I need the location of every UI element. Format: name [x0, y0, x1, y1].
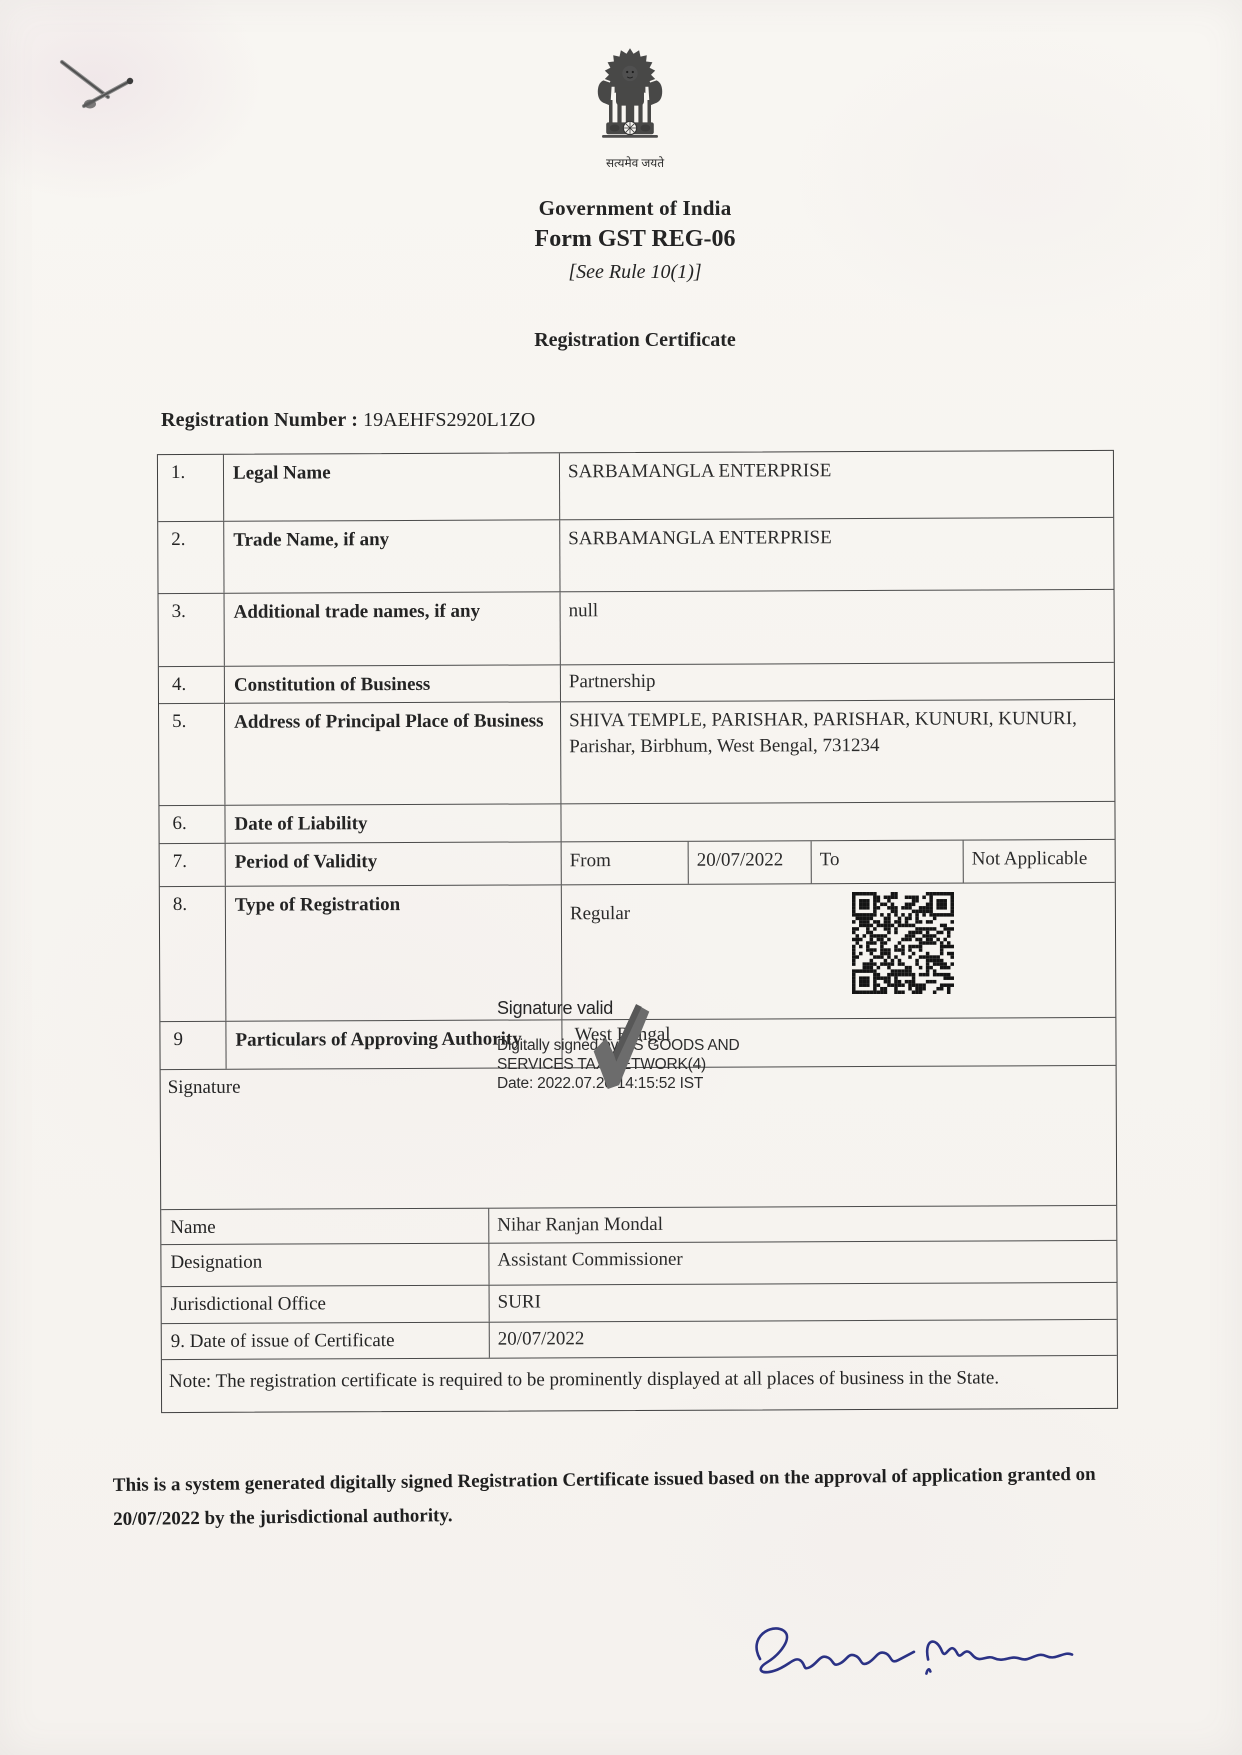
table-row-date-of-liability: 6. Date of Liability — [159, 801, 1114, 843]
officer-row-value: SURI — [489, 1283, 1117, 1322]
handwritten-signature — [729, 1610, 1083, 1697]
row-label: Legal Name — [223, 453, 559, 520]
table-row-note: Note: The registration certificate is re… — [162, 1355, 1117, 1412]
validity-from-label: From — [561, 842, 688, 885]
officer-row-value: Assistant Commissioner — [488, 1241, 1116, 1285]
row-value: SARBAMANGLA ENTERPRISE — [559, 451, 1113, 519]
row-value: SHIVA TEMPLE, PARISHAR, PARISHAR, KUNURI… — [560, 700, 1114, 803]
row-label: Address of Principal Place of Business — [224, 702, 560, 804]
validity-to-label: To — [811, 841, 963, 884]
table-row-trade-name: 2. Trade Name, if any SARBAMANGLA ENTERP… — [158, 517, 1113, 593]
row-number: 1. — [158, 455, 223, 521]
emblem-of-india-icon — [588, 44, 672, 156]
officer-row-value: 20/07/2022 — [489, 1320, 1117, 1358]
row-number: 5. — [159, 704, 224, 805]
table-row-jurisdictional-office: Jurisdictional Office SURI — [162, 1282, 1117, 1323]
row-label: Trade Name, if any — [223, 520, 559, 592]
note-text: Note: The registration certificate is re… — [162, 1356, 1117, 1412]
table-row-additional-trade-names: 3. Additional trade names, if any null — [159, 589, 1114, 666]
footer-statement: This is a system generated digitally sig… — [113, 1457, 1172, 1537]
table-row-period-of-validity: 7. Period of Validity From 20/07/2022 To… — [160, 839, 1115, 886]
row-label: Period of Validity — [225, 842, 561, 885]
validity-from-date: 20/07/2022 — [688, 841, 811, 884]
validity-to-value: Not Applicable — [963, 840, 1115, 883]
registration-number-label: Registration Number : — [161, 409, 358, 431]
row-value — [560, 802, 1114, 841]
table-row-constitution: 4. Constitution of Business Partnership — [159, 662, 1114, 703]
table-row-officer-name: Name Nihar Ranjan Mondal — [161, 1205, 1116, 1244]
emblem-motto: सत्यमेव जयते — [570, 154, 700, 171]
heading-form-title: Form GST REG-06 — [335, 226, 935, 253]
row-number: 6. — [159, 806, 224, 843]
registration-number-value: 19AEHFS2920L1ZO — [363, 409, 535, 431]
row-number: 9 — [160, 1022, 225, 1069]
staple-mark — [46, 40, 156, 125]
qr-code — [852, 892, 954, 994]
row-value: null — [560, 590, 1114, 664]
officer-row-label: Jurisdictional Office — [162, 1286, 489, 1323]
row-number: 2. — [158, 522, 223, 593]
table-row-address: 5. Address of Principal Place of Busines… — [159, 699, 1114, 805]
scanned-certificate-page: सत्यमेव जयते Government of India Form GS… — [0, 0, 1242, 1755]
officer-row-label: Designation — [161, 1244, 488, 1286]
table-row-officer-designation: Designation Assistant Commissioner — [161, 1240, 1116, 1286]
row-number: 7. — [160, 844, 225, 886]
certificate-title: Registration Certificate — [335, 329, 935, 352]
row-value: Regular — [561, 883, 1116, 1019]
row-value: Partnership — [560, 663, 1114, 701]
row-label: Constitution of Business — [224, 665, 560, 702]
officer-row-value: Nihar Ranjan Mondal — [488, 1206, 1116, 1243]
table-row-legal-name: 1. Legal Name SARBAMANGLA ENTERPRISE — [158, 451, 1113, 521]
row-number: 8. — [160, 887, 226, 1021]
row-label: Date of Liability — [224, 804, 560, 842]
table-row-date-of-issue: 9. Date of issue of Certificate 20/07/20… — [162, 1319, 1117, 1359]
row-label: Additional trade names, if any — [224, 592, 560, 665]
row-number: 3. — [159, 594, 224, 666]
signature-valid-checkmark-icon — [588, 1001, 654, 1093]
officer-row-label: 9. Date of issue of Certificate — [162, 1323, 489, 1359]
registration-table: 1. Legal Name SARBAMANGLA ENTERPRISE 2. … — [157, 450, 1118, 1413]
row-number: 4. — [159, 667, 224, 703]
heading-government: Government of India — [335, 196, 935, 221]
row-value: SARBAMANGLA ENTERPRISE — [559, 518, 1113, 591]
heading-rule-reference: [See Rule 10(1)] — [335, 261, 935, 284]
officer-row-label: Name — [161, 1209, 488, 1244]
registration-number-line: Registration Number : 19AEHFS2920L1ZO — [161, 409, 535, 432]
